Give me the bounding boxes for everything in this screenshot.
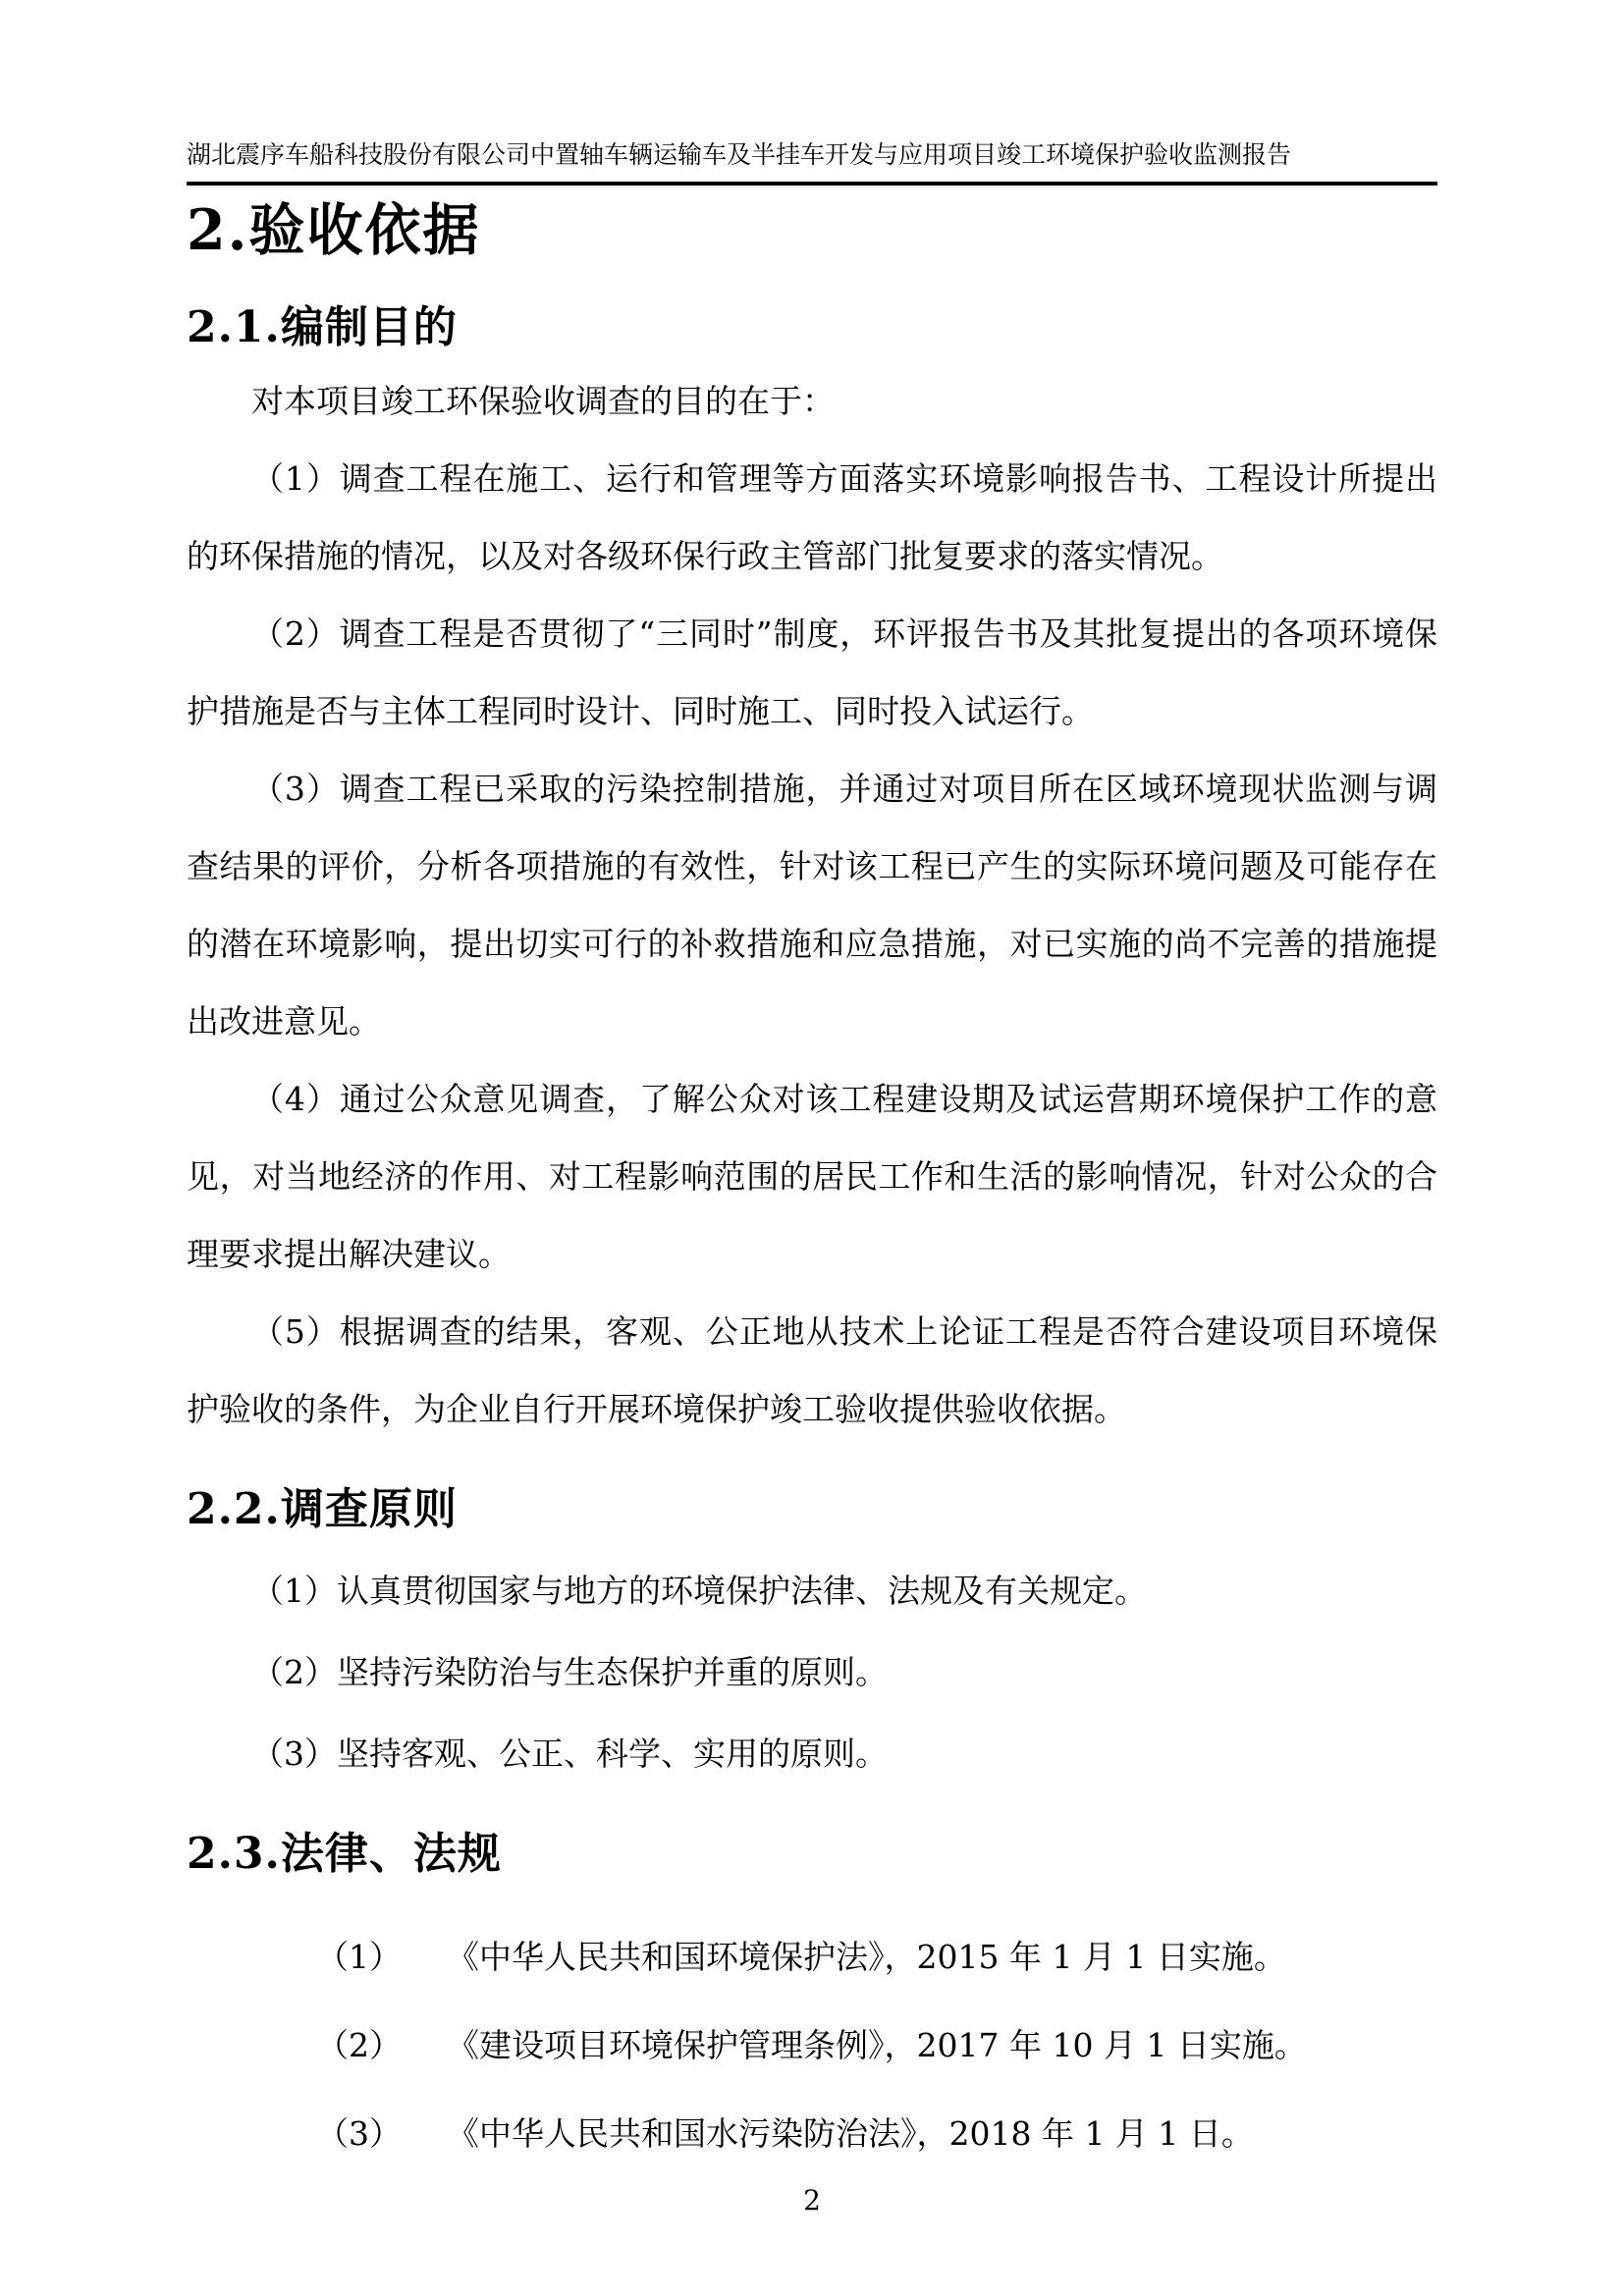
page-footer: 2 [187,2184,1437,2216]
section-laws: 2.3.法律、法规 （1）《中华人民共和国环境保护法》，2015 年 1 月 1… [187,1826,1437,2172]
chapter-title: 2.验收依据 [187,195,1437,266]
section-purpose-heading: 2.1.编制目的 [187,299,1437,356]
purpose-paragraph-4: （4）通过公众意见调查，了解公众对该工程建设期及试运营期环境保护工作的意见，对当… [187,1060,1437,1293]
running-header-text: 湖北震序车船科技股份有限公司中置轴车辆运输车及半挂车开发与应用项目竣工环境保护验… [187,140,1437,170]
principle-item-3: （3）坚持客观、公正、科学、实用的原则。 [187,1715,1437,1792]
section-purpose: 2.1.编制目的 对本项目竣工环保验收调查的目的在于： （1）调查工程在施工、运… [187,299,1437,1448]
page-header: 湖北震序车船科技股份有限公司中置轴车辆运输车及半挂车开发与应用项目竣工环境保护验… [187,140,1437,186]
principle-item-1: （1）认真贯彻国家与地方的环境保护法律、法规及有关规定。 [187,1552,1437,1629]
section-principles-heading: 2.2.调查原则 [187,1481,1437,1538]
law-item-1: （1）《中华人民共和国环境保护法》，2015 年 1 月 1 日实施。 [187,1918,1437,1996]
law-item-2-text: 《建设项目环境保护管理条例》，2017 年 10 月 1 日实施。 [447,2026,1307,2064]
law-item-2-number: （2） [251,2006,402,2084]
law-item-3-text: 《中华人民共和国水污染防治法》，2018 年 1 月 1 日。 [447,2114,1254,2153]
law-item-2: （2）《建设项目环境保护管理条例》，2017 年 10 月 1 日实施。 [187,2006,1437,2084]
section-principles: 2.2.调查原则 （1）认真贯彻国家与地方的环境保护法律、法规及有关规定。 （2… [187,1481,1437,1792]
page-number: 2 [803,2184,821,2216]
purpose-paragraph-2: （2）调查工程是否贯彻了“三同时”制度，环评报告书及其批复提出的各项环境保护措施… [187,595,1437,750]
document-page: 湖北震序车船科技股份有限公司中置轴车辆运输车及半挂车开发与应用项目竣工环境保护验… [0,0,1624,2296]
law-item-1-number: （1） [251,1918,402,1996]
law-item-3: （3）《中华人民共和国水污染防治法》，2018 年 1 月 1 日。 [187,2095,1437,2172]
principle-item-2: （2）坚持污染防治与生态保护并重的原则。 [187,1633,1437,1711]
section-laws-heading: 2.3.法律、法规 [187,1826,1437,1883]
law-item-1-text: 《中华人民共和国环境保护法》，2015 年 1 月 1 日实施。 [447,1938,1286,1976]
purpose-intro: 对本项目竣工环保验收调查的目的在于： [187,362,1437,440]
purpose-paragraph-3: （3）调查工程已采取的污染控制措施，并通过对项目所在区域环境现状监测与调查结果的… [187,750,1437,1060]
purpose-paragraph-1: （1）调查工程在施工、运行和管理等方面落实环境影响报告书、工程设计所提出的环保措… [187,440,1437,595]
principles-list: （1）认真贯彻国家与地方的环境保护法律、法规及有关规定。 （2）坚持污染防治与生… [187,1552,1437,1792]
purpose-paragraph-5: （5）根据调查的结果，客观、公正地从技术上论证工程是否符合建设项目环境保护验收的… [187,1293,1437,1448]
laws-list: （1）《中华人民共和国环境保护法》，2015 年 1 月 1 日实施。 （2）《… [187,1918,1437,2172]
law-item-3-number: （3） [251,2095,402,2172]
